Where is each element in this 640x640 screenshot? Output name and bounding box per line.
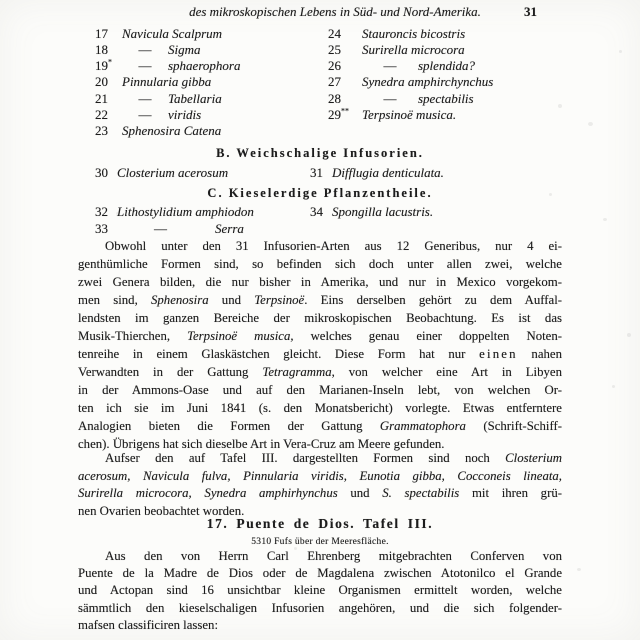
text-segment: Tetragramma (262, 365, 331, 379)
species-name: Closterium acerosum (117, 165, 228, 181)
species-row: 23Sphenosira Catena (95, 123, 315, 139)
species-name: Difflugia denticulata. (332, 165, 444, 181)
ditto-dash: — (362, 58, 418, 74)
text-line: Analogien bieten die Formen der Gattung … (78, 417, 562, 435)
entry-number: 17 (95, 26, 122, 42)
text-line: Aufser den auf Tafel III. dargestellten … (78, 450, 562, 468)
text-segment: S. spectabilis (382, 486, 459, 500)
text-segment: Sphenosira (151, 293, 209, 307)
text-segment: Closterium (505, 451, 562, 465)
text-line: Aus den von Herrn Carl Ehrenberg mitgebr… (78, 548, 562, 565)
section-b-items: 30 Closterium acerosum 31 Difflugia dent… (78, 165, 562, 181)
species-name: Surirella microcora (362, 42, 465, 58)
text-line: und Actopan sind 16 unsichtbar kleine Or… (78, 582, 562, 599)
text-segment: tenreihe in einem Glaskästchen gleicht. … (78, 347, 479, 361)
scan-speck (588, 122, 593, 126)
text-line: mafsen classificiren lassen: (78, 617, 562, 634)
species-name: Sphenosira Catena (122, 123, 221, 139)
entry-number: 22 (95, 107, 122, 123)
text-segment: Terpsinoë musica, (187, 329, 293, 343)
scan-speck (116, 212, 119, 215)
text-segment: Terpsinoë (254, 293, 304, 307)
text-segment: Aufser den auf Tafel III. dargestellten … (105, 451, 505, 465)
text-segment: Musik-Thierchen, (78, 329, 187, 343)
entry-number: 23 (95, 123, 122, 139)
text-line: Surirella microcora, Synedra amphirhynch… (78, 485, 562, 503)
entry-number: 30 (95, 165, 108, 181)
species-row: 17Navicula Scalprum (95, 26, 315, 42)
entry-number: 24 (328, 26, 362, 42)
scan-speck (577, 568, 581, 571)
species-row: 24Stauroncis bicostris (328, 26, 563, 42)
species-name: Stauroncis bicostris (362, 26, 465, 42)
text-line: genthümliche Formen sind, so befinden si… (78, 255, 562, 273)
scan-speck (558, 104, 562, 108)
species-name: Terpsinoë musica. (362, 107, 456, 123)
text-line: Obwohl unter den 31 Infusorien-Arten aus… (78, 237, 562, 255)
text-segment: chen). Übrigens hat sich dieselbe Art in… (78, 437, 444, 451)
ditto-dash: — (122, 58, 168, 74)
text-line: sämmtlich den kieselschaligen Infusorien… (78, 600, 562, 617)
species-row: 21—Tabellaria (95, 91, 315, 107)
text-segment: , von welcher eine Art in Libyen (332, 365, 562, 379)
entry-number: 26 (328, 58, 362, 74)
text-segment: ten ich sie im Juni 1841 (s. den Monatsb… (78, 401, 562, 415)
list-entry: 30 Closterium acerosum (95, 165, 228, 181)
text-segment: Grammatophora (380, 419, 466, 433)
entry-number: 28 (328, 91, 362, 107)
section-c-items: 32 Lithostylidium amphiodon 34 Spongilla… (78, 204, 562, 220)
text-segment: acerosum, Navicula fulva, Pinnularia vir… (78, 469, 562, 483)
entry-number: 31 (310, 165, 323, 181)
entry-number: 33 (95, 221, 108, 236)
text-segment: genthümliche Formen sind, so befinden si… (78, 257, 562, 271)
text-line: zwei Genera bilden, die nur bisher in Am… (78, 273, 562, 291)
scanned-document-page: des mikroskopischen Lebens in Süd- und N… (0, 0, 640, 640)
subsection-heading: 17. Puente de Dios. Tafel III. (78, 516, 562, 532)
text-line: Puente de la Madre de Dios oder de Magda… (78, 565, 562, 582)
entry-number: 29** (328, 107, 362, 123)
scan-speck (603, 218, 607, 221)
species-row: 25Surirella microcora (328, 42, 563, 58)
species-name: Tabellaria (168, 91, 222, 107)
section-c-heading: C. Kieselerdige Pflanzentheile. (78, 186, 562, 201)
running-header: des mikroskopischen Lebens in Süd- und N… (100, 4, 570, 20)
paragraph-2: Aufser den auf Tafel III. dargestellten … (78, 450, 562, 521)
list-entry: 34 Spongilla lacustris. (310, 204, 433, 220)
text-line: Musik-Thierchen, Terpsinoë musica, welch… (78, 327, 562, 345)
paragraph-3: Aus den von Herrn Carl Ehrenberg mitgebr… (78, 548, 562, 634)
text-line: ten ich sie im Juni 1841 (s. den Monatsb… (78, 399, 562, 417)
text-segment: (Schrift-Schiff- (466, 419, 562, 433)
text-line: tenreihe in einem Glaskästchen gleicht. … (78, 345, 562, 363)
species-name: Serra (215, 221, 244, 237)
species-name: Pinnularia gibba (122, 74, 211, 90)
species-row: 29**Terpsinoë musica. (328, 107, 563, 123)
list-entry: 31 Difflugia denticulata. (310, 165, 444, 181)
species-row: 18—Sigma (95, 42, 315, 58)
text-segment: Analogien bieten die Formen der Gattung (78, 419, 380, 433)
species-name: sphaerophora (168, 58, 240, 74)
text-segment: in der Ammons-Oase und auf den Marianen-… (78, 383, 562, 397)
species-name: spectabilis (418, 91, 474, 107)
page-number: 31 (524, 4, 537, 20)
species-name: Navicula Scalprum (122, 26, 222, 42)
entry-number: 18 (95, 42, 122, 58)
text-segment: . Eins derselben gehört zu dem Auffal- (304, 293, 562, 307)
species-row: 19*—sphaerophora (95, 58, 315, 74)
text-segment: welches genau einer doppelten Noten- (294, 329, 562, 343)
text-segment: Obwohl unter den 31 Infusorien-Arten aus… (105, 239, 562, 253)
entry-number: 27 (328, 74, 362, 90)
species-row: 28—spectabilis (328, 91, 563, 107)
ditto-dash: — (122, 42, 168, 58)
species-name: Lithostylidium amphiodon (117, 204, 254, 220)
species-column-right: 24Stauroncis bicostris25Surirella microc… (328, 26, 563, 123)
text-segment: mit ihren grü- (459, 486, 562, 500)
scan-speck (294, 547, 297, 550)
text-segment: nahen (518, 347, 562, 361)
species-name: Spongilla lacustris. (332, 204, 433, 220)
scan-speck (549, 193, 552, 196)
entry-number: 19* (95, 58, 122, 74)
entry-number: 32 (95, 204, 108, 220)
ditto-dash: — (122, 91, 168, 107)
text-segment: einen (479, 347, 518, 361)
species-name: splendida? (418, 58, 475, 74)
scan-speck (619, 50, 622, 53)
text-line: lendsten im ganzen Bereiche der mikrosko… (78, 309, 562, 327)
entry-number: 34 (310, 204, 323, 220)
text-segment: sämmtlich den kieselschaligen Infusorien… (78, 601, 562, 615)
species-row: 22—viridis (95, 107, 315, 123)
text-segment: zwei Genera bilden, die nur bisher in Am… (78, 275, 562, 289)
scan-speck (627, 333, 631, 337)
text-segment: und (338, 486, 383, 500)
text-line: Verwandten in der Gattung Tetragramma, v… (78, 363, 562, 381)
species-row: 20Pinnularia gibba (95, 74, 315, 90)
scan-speck (612, 385, 615, 388)
paragraph-1: Obwohl unter den 31 Infusorien-Arten aus… (78, 237, 562, 453)
text-segment: und Actopan sind 16 unsichtbar kleine Or… (78, 583, 562, 597)
list-entry: 33—Serra (95, 221, 244, 237)
entry-number: 20 (95, 74, 122, 90)
ditto-dash: — (154, 221, 167, 237)
text-line: acerosum, Navicula fulva, Pinnularia vir… (78, 468, 562, 486)
text-segment: Surirella microcora, Synedra amphirhynch… (78, 486, 338, 500)
ditto-dash: — (362, 91, 418, 107)
text-segment: men sind, (78, 293, 151, 307)
text-line: men sind, Sphenosira und Terpsinoë. Eins… (78, 291, 562, 309)
ditto-dash: — (122, 107, 168, 123)
text-line: in der Ammons-Oase und auf den Marianen-… (78, 381, 562, 399)
species-row: 27Synedra amphirchynchus (328, 74, 563, 90)
entry-number: 25 (328, 42, 362, 58)
species-name: Sigma (168, 42, 201, 58)
entry-number: 21 (95, 91, 122, 107)
species-name: viridis (168, 107, 201, 123)
species-row: 26—splendida? (328, 58, 563, 74)
section-b-heading: B. Weichschalige Infusorien. (78, 146, 562, 161)
text-segment: Aus den von Herrn Carl Ehrenberg mitgebr… (105, 549, 562, 563)
text-segment: und (209, 293, 255, 307)
altitude-note: 5310 Fufs über der Meeresfläche. (78, 537, 562, 547)
species-column-left: 17Navicula Scalprum18—Sigma19*—sphaeroph… (95, 26, 315, 139)
text-segment: lendsten im ganzen Bereiche der mikrosko… (78, 311, 562, 325)
species-name: Synedra amphirchynchus (362, 74, 493, 90)
text-segment: mafsen classificiren lassen: (78, 618, 218, 632)
text-segment: Verwandten in der Gattung (78, 365, 262, 379)
text-segment: Puente de la Madre de Dios oder de Magda… (78, 566, 562, 580)
